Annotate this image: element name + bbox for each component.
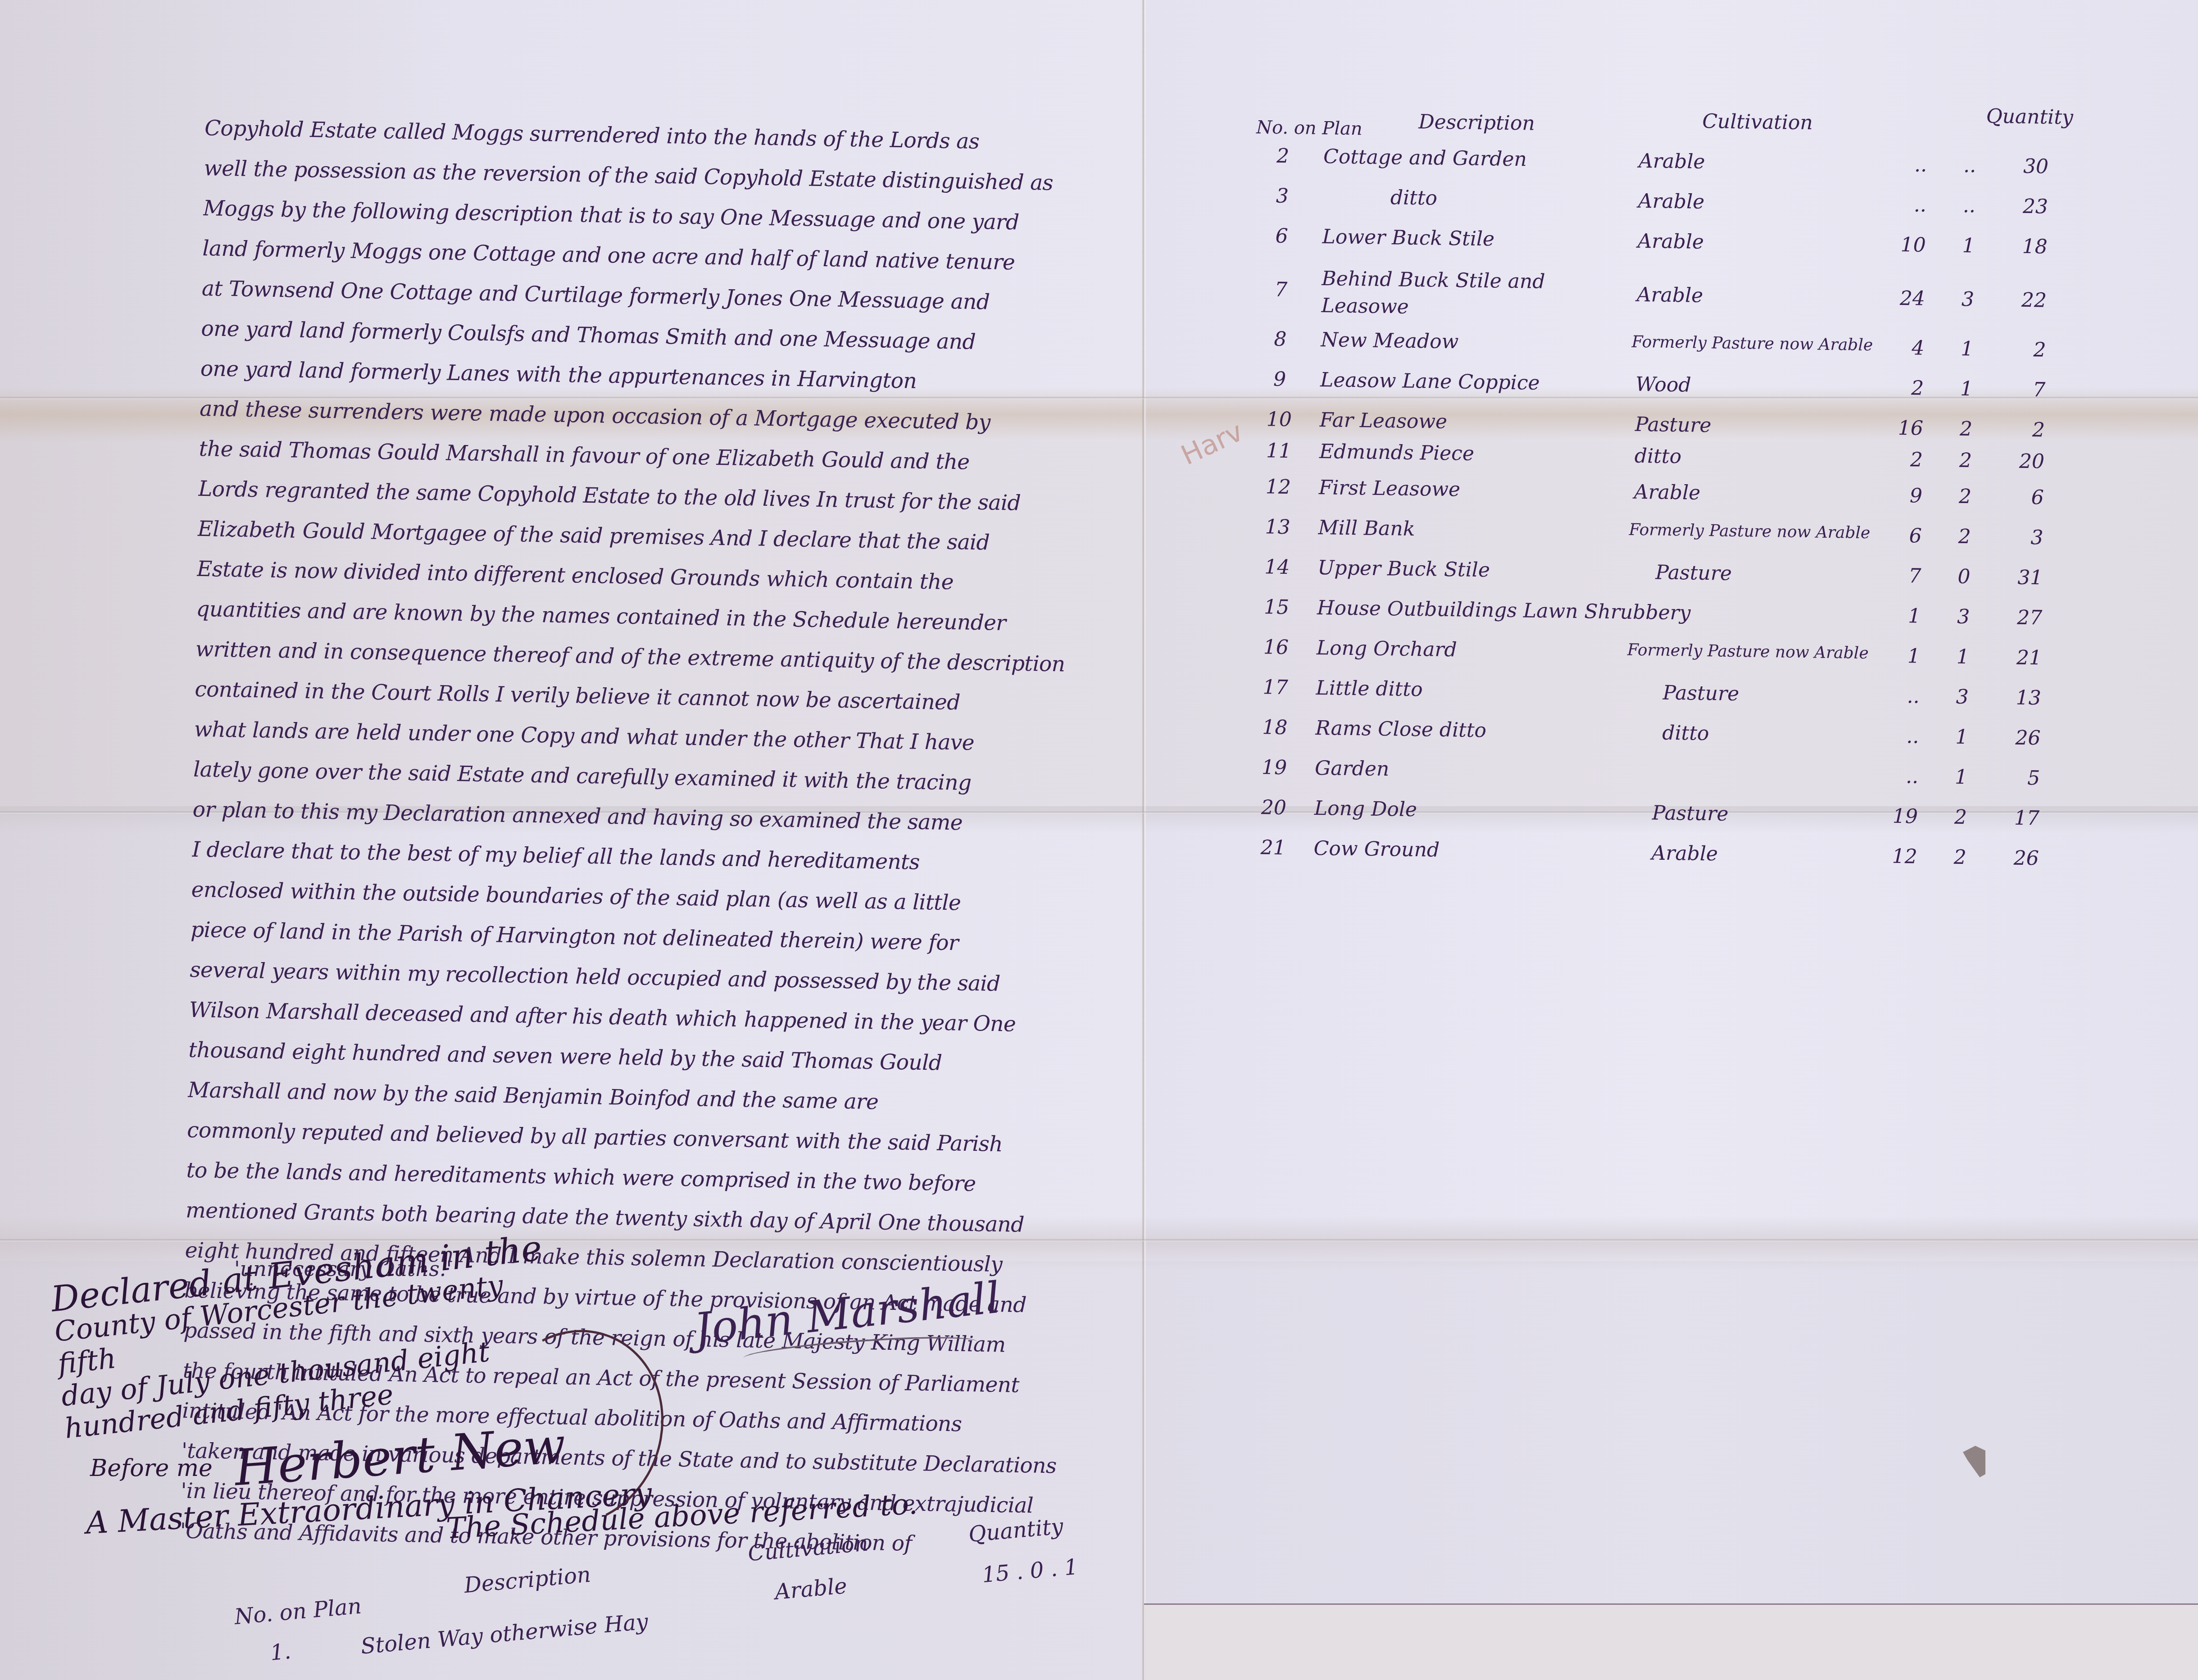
description: Upper Buck Stile xyxy=(1317,556,1490,581)
plan-number: 16 xyxy=(1249,636,1303,659)
perches: 30 xyxy=(2012,154,2049,178)
plan-number: 19 xyxy=(1247,756,1302,780)
plan-number: 20 xyxy=(1247,796,1301,820)
roods: 2 xyxy=(1955,418,1978,441)
perches: 26 xyxy=(2003,846,2039,870)
acres: .. xyxy=(1878,764,1919,788)
plan-number: 11 xyxy=(1252,439,1306,463)
roods: 2 xyxy=(1954,449,1977,472)
schedule-row-no: 1. xyxy=(269,1639,292,1666)
roods: 0 xyxy=(1953,565,1975,589)
plan-number: 21 xyxy=(1246,836,1300,860)
cultivation: ditto xyxy=(1635,445,1682,468)
acres: 1 xyxy=(1880,644,1921,667)
description: Far Leasowe xyxy=(1320,409,1448,433)
roods: 1 xyxy=(1950,726,1973,749)
acres: 10 xyxy=(1885,233,1926,257)
acres: 9 xyxy=(1881,484,1922,507)
roods: 1 xyxy=(1952,645,1975,669)
roods: 3 xyxy=(1957,288,1980,311)
cultivation: Arable xyxy=(1638,190,1705,213)
perches: 26 xyxy=(2004,726,2041,749)
cultivation: Pasture xyxy=(1662,681,1739,705)
perches: 20 xyxy=(2008,450,2045,473)
perches: 21 xyxy=(2005,646,2042,669)
roods: 3 xyxy=(1951,686,1974,709)
plan-number: 17 xyxy=(1248,676,1303,699)
acres: 1 xyxy=(1880,604,1921,627)
cultivation: Arable xyxy=(1651,841,1718,865)
description: House Outbuildings Lawn Shrubbery xyxy=(1317,596,1691,625)
description: Long Orchard xyxy=(1317,636,1457,661)
schedule-table: No. on Plan Description Cultivation Quan… xyxy=(1246,99,2157,889)
perches: 22 xyxy=(2011,288,2047,312)
description: First Leasowe xyxy=(1319,476,1461,501)
acres: .. xyxy=(1886,193,1927,217)
roods: 1 xyxy=(1955,377,1978,401)
cultivation: ditto xyxy=(1662,722,1709,745)
acres: 19 xyxy=(1877,804,1918,828)
description: Cow Ground xyxy=(1313,837,1440,862)
description: New Meadow xyxy=(1321,328,1459,353)
cultivation: Pasture xyxy=(1655,561,1732,585)
cultivation: Arable xyxy=(1639,150,1705,173)
cultivation: Formerly Pasture now Arable xyxy=(1627,641,1869,663)
perches: 31 xyxy=(2007,566,2043,589)
roods: 2 xyxy=(1953,485,1976,509)
cultivation: Pasture xyxy=(1635,413,1712,437)
plan-number: 3 xyxy=(1255,184,1310,208)
acres: 7 xyxy=(1880,564,1921,587)
roods: .. xyxy=(1958,154,1981,177)
perches: 6 xyxy=(2007,486,2044,509)
description: Little ditto xyxy=(1316,677,1423,701)
roods: 3 xyxy=(1952,605,1975,629)
acres: 16 xyxy=(1883,416,1924,440)
roods: 1 xyxy=(1957,234,1980,258)
description: Long Dole xyxy=(1314,797,1417,821)
perches: 17 xyxy=(2003,806,2040,830)
description: Lower Buck Stile xyxy=(1322,225,1494,250)
acres: .. xyxy=(1886,153,1927,177)
header-quantity: Quantity xyxy=(1986,105,2073,129)
description: Mill Bank xyxy=(1318,516,1415,540)
before-me-label: Before me xyxy=(90,1455,213,1482)
acres: 2 xyxy=(1882,448,1923,471)
roods: 2 xyxy=(1953,525,1976,549)
plan-number: 8 xyxy=(1253,327,1308,351)
acres: .. xyxy=(1878,724,1919,748)
paper-bottom-edge xyxy=(1144,1603,2198,1680)
cultivation: Formerly Pasture now Arable xyxy=(1631,333,1873,354)
plan-number: 9 xyxy=(1253,368,1307,391)
roods: 1 xyxy=(1956,337,1979,361)
cultivation: Arable xyxy=(1634,481,1701,504)
description: Cottage and Garden xyxy=(1323,145,1527,171)
description: Garden xyxy=(1315,757,1390,781)
plan-number: 14 xyxy=(1250,555,1304,579)
acres: 24 xyxy=(1885,287,1926,310)
roods: 2 xyxy=(1948,846,1971,869)
roods: .. xyxy=(1957,194,1980,218)
header-no-on-plan: No. on Plan xyxy=(1256,117,1362,139)
cultivation: Formerly Pasture now Arable xyxy=(1629,521,1870,542)
description: Rams Close ditto xyxy=(1315,717,1486,742)
perches: 18 xyxy=(2011,235,2048,258)
plan-number: 12 xyxy=(1251,475,1306,499)
plan-number: 13 xyxy=(1250,515,1305,539)
plan-number: 10 xyxy=(1252,408,1307,431)
plan-number: 6 xyxy=(1254,224,1309,248)
perches: 13 xyxy=(2005,686,2041,709)
acres: 2 xyxy=(1883,376,1924,400)
plan-number: 7 xyxy=(1254,278,1308,302)
roods: 2 xyxy=(1949,806,1972,829)
description: ditto xyxy=(1390,186,1438,209)
cultivation: Wood xyxy=(1635,373,1691,397)
cultivation: Arable xyxy=(1637,283,1703,307)
description: Leasow Lane Coppice xyxy=(1320,368,1540,395)
roods: 1 xyxy=(1950,766,1973,789)
perches: 27 xyxy=(2006,606,2043,629)
perches: 5 xyxy=(2004,766,2040,790)
perches: 3 xyxy=(2007,526,2044,549)
cultivation: Arable xyxy=(1637,230,1704,254)
header-description: Description xyxy=(1418,110,1535,135)
acres: .. xyxy=(1879,684,1920,708)
plan-number: 15 xyxy=(1249,595,1304,619)
acres: 6 xyxy=(1881,524,1922,547)
acres: 4 xyxy=(1884,336,1925,359)
plan-number: 2 xyxy=(1256,144,1310,168)
plan-number: 18 xyxy=(1248,716,1302,740)
perches: 23 xyxy=(2012,195,2048,218)
acres: 12 xyxy=(1876,845,1917,868)
cultivation: Pasture xyxy=(1652,801,1729,825)
table-row: 7 Behind Buck Stile and Leasowe Arable 2… xyxy=(1253,264,2155,340)
description: Edmunds Piece xyxy=(1319,440,1475,465)
perches: 2 xyxy=(2009,418,2045,441)
perches: 2 xyxy=(2010,338,2046,361)
perches: 7 xyxy=(2009,378,2046,401)
header-cultivation: Cultivation xyxy=(1702,110,1813,134)
description: Behind Buck Stile and Leasowe xyxy=(1321,265,1574,323)
